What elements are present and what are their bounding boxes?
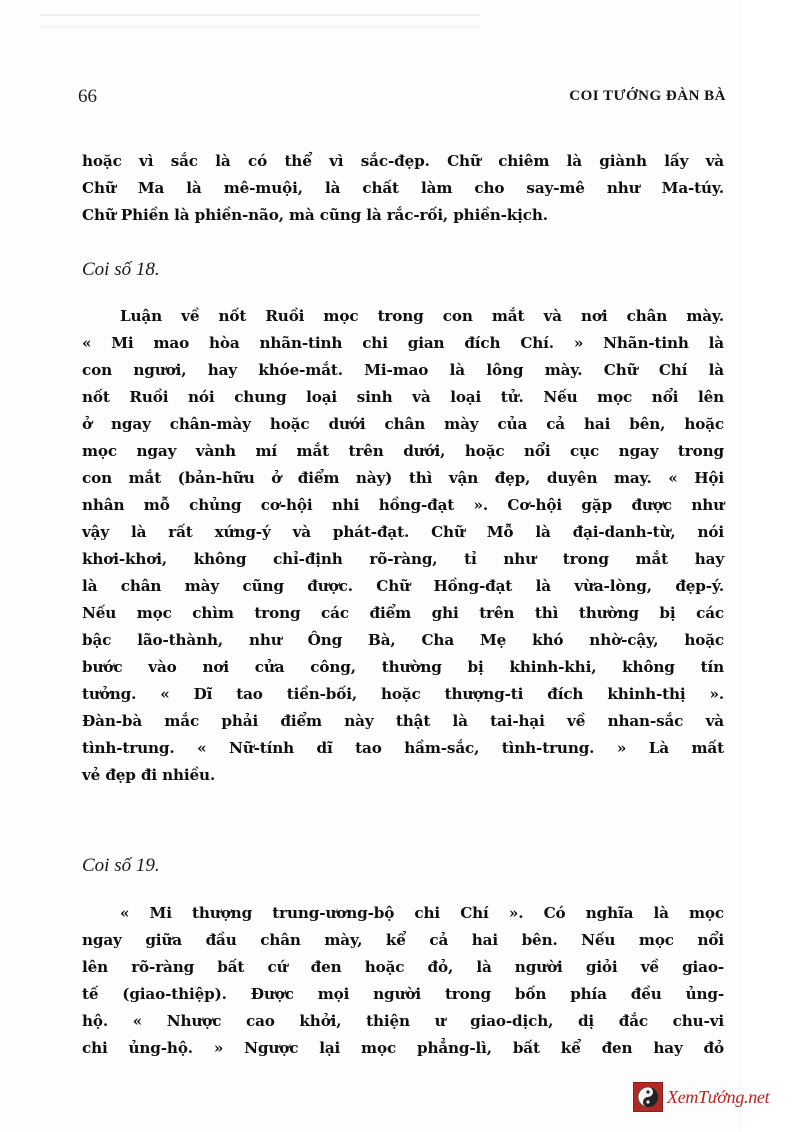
page-number: 66 <box>78 86 97 108</box>
text-line: chi ủng-hộ. » Ngược lại mọc phẳng-lì, bấ… <box>82 1035 724 1062</box>
running-title: COI TƯỚNG ĐÀN BÀ <box>569 88 726 105</box>
text-line: mọc ngay vành mí mắt trên dưới, hoặc nổi… <box>82 438 724 465</box>
section-title-18: Coi số 18. <box>82 259 160 281</box>
text-line: Chữ Ma là mê-muội, là chất làm cho say-m… <box>82 175 724 202</box>
text-line: tưởng. « Dĩ tao tiền-bối, hoặc thượng-ti… <box>82 681 724 708</box>
text-line: bậc lão-thành, như Ông Bà, Cha Mẹ khó nh… <box>82 627 724 654</box>
page-header: 66 COI TƯỚNG ĐÀN BÀ <box>78 86 726 112</box>
text-line: khơi-khơi, không chỉ-định rõ-ràng, tỉ nh… <box>82 546 724 573</box>
bleed-through-ghost <box>40 14 480 28</box>
section-18-paragraph: Luận về nốt Ruồi mọc trong con mắt và nơ… <box>82 303 724 789</box>
text-line: tình-trung. « Nữ-tính dĩ tao hầm-sắc, tì… <box>82 735 724 762</box>
section-title-19: Coi số 19. <box>82 855 160 877</box>
text-line: tế (giao-thiệp). Được mọi người trong bố… <box>82 981 724 1008</box>
text-line: « Mi mao hòa nhãn-tinh chi gian đích Chí… <box>82 330 724 357</box>
text-line: nốt Ruồi nói chung loại sinh và loại tử.… <box>82 384 724 411</box>
text-line: ở ngay chân-mày hoặc dưới chân mày của c… <box>82 411 724 438</box>
text-line: hộ. « Nhược cao khởi, thiện ư giao-dịch,… <box>82 1008 724 1035</box>
text-line: vẻ đẹp đi nhiều. <box>82 762 724 789</box>
text-line: ngay giữa đầu chân mày, kể cả hai bên. N… <box>82 927 724 954</box>
text-line: bước vào nơi cửa công, thường bị khinh-k… <box>82 654 724 681</box>
text-line: hoặc vì sắc là có thể vì sắc-đẹp. Chữ ch… <box>82 148 724 175</box>
yin-yang-icon <box>637 1086 659 1108</box>
text-line: vậy là rất xứng-ý và phát-đạt. Chữ Mỗ là… <box>82 519 724 546</box>
text-line: lên rõ-ràng bất cứ đen hoặc đỏ, là người… <box>82 954 724 981</box>
text-line: là chân mày cũng được. Chữ Hồng-đạt là v… <box>82 573 724 600</box>
text-line: Luận về nốt Ruồi mọc trong con mắt và nơ… <box>82 303 724 330</box>
text-line: « Mi thượng trung-ương-bộ chi Chí ». Có … <box>82 900 724 927</box>
page-margin <box>742 0 800 1132</box>
logo-box <box>633 1082 663 1112</box>
text-line: Đàn-bà mắc phải điểm này thật là tai-hại… <box>82 708 724 735</box>
text-line: nhân mỗ chủng cơ-hội nhi hồng-đạt ». Cơ-… <box>82 492 724 519</box>
text-line: Chữ Phiền là phiền-não, mà cũng là rắc-r… <box>82 202 724 229</box>
text-line: con mắt (bản-hữu ở điểm này) thì vận đẹp… <box>82 465 724 492</box>
watermark-logo: XemTướng.net <box>633 1082 769 1112</box>
text-line: con ngươi, hay khóe-mắt. Mi-mao là lông … <box>82 357 724 384</box>
text-line: Nếu mọc chìm trong các điểm ghi trên thì… <box>82 600 724 627</box>
continuation-paragraph: hoặc vì sắc là có thể vì sắc-đẹp. Chữ ch… <box>82 148 724 229</box>
watermark-text: XemTướng.net <box>667 1087 769 1108</box>
section-19-paragraph: « Mi thượng trung-ương-bộ chi Chí ». Có … <box>82 900 724 1062</box>
